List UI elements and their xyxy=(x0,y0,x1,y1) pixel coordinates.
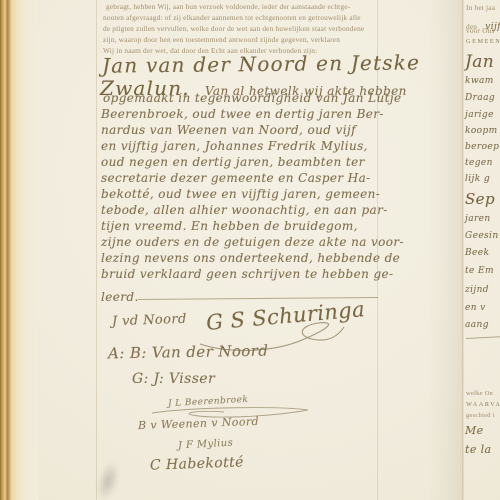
signature-witness-3: J F Mylius xyxy=(178,438,234,452)
right-fragment: Sep xyxy=(465,190,495,208)
printed-intro-line: de pligten zullen vervullen, welke door … xyxy=(103,24,364,33)
right-fragment: te la xyxy=(465,443,492,456)
book-page-edges xyxy=(0,0,38,500)
right-printed-line: GEMEENTE xyxy=(466,38,500,45)
record-body-line: bekotté, oud twee en vijftig jaren, geme… xyxy=(101,187,380,201)
page-gutter-shadow xyxy=(428,0,464,500)
right-fragment: Draag xyxy=(465,93,495,103)
register-page-scan: gebragt, hebben Wij, aan hun verzoek vol… xyxy=(0,0,500,500)
right-printed-line: welke On xyxy=(466,390,493,397)
printed-intro-line: zijn, waarop door hen een toestemmend an… xyxy=(103,35,340,44)
right-printed-line: geschied i xyxy=(466,412,495,419)
couple-names-line1: Jan van der Noord en Jetske xyxy=(102,50,420,77)
record-body-line: Beerenbroek, oud twee en dertig jaren Be… xyxy=(101,107,384,121)
record-body-line: nardus van Weenen van Noord, oud vijf xyxy=(101,123,356,137)
record-body-line: oud negen en dertig jaren, beambten ter xyxy=(101,155,365,169)
record-body-line: en vijftig jaren, Johannes Fredrik Myliu… xyxy=(101,139,368,153)
right-printed-line: WAARVAN xyxy=(466,401,500,408)
printed-intro-line: gebragt, hebben Wij, aan hun verzoek vol… xyxy=(106,2,350,11)
record-body-line: zijne ouders en de getuigen deze akte na… xyxy=(101,235,404,249)
right-page-margin-rule xyxy=(462,0,463,500)
record-body-line: lezing nevens ons onderteekend, hebbende… xyxy=(101,251,400,265)
right-fragment: Me xyxy=(465,424,484,437)
adjacent-record-column: In het jaa den vijf voor Ons GEMEENTE Ja… xyxy=(464,0,500,500)
record-body-line: opgemaakt in tegenwoordigheid van Jan Lu… xyxy=(103,91,401,105)
right-fragment: te Em xyxy=(465,266,494,276)
signature-witness-4: C Habekotté xyxy=(150,454,244,473)
signature-father: A: B: Van der Noord xyxy=(108,342,269,363)
signature-groom: J vd Noord xyxy=(112,312,187,330)
record-body-line: secretarie dezer gemeente en Casper Ha- xyxy=(101,171,371,185)
printed-intro-line: nooten afgevraagd: of zij elkander aanne… xyxy=(103,13,361,22)
record-body-line: leerd. xyxy=(101,290,139,304)
right-fragment: aang xyxy=(465,320,489,330)
right-printed-line: In het jaa xyxy=(466,3,495,12)
right-printed-line: voor Ons xyxy=(466,26,495,35)
right-fragment: koopm xyxy=(465,126,498,136)
record-body-line: tebode, allen alhier woonachtig, en aan … xyxy=(101,203,388,217)
signature-witness-2: B v Weenen v Noord xyxy=(138,415,259,432)
right-closing-rule xyxy=(466,336,500,339)
right-fragment: lijk g xyxy=(465,174,490,184)
right-fragment: tegen xyxy=(465,158,493,168)
right-fragment: Beek xyxy=(465,248,489,258)
right-name-heading: Jan xyxy=(465,52,494,72)
margin-rule-left xyxy=(96,0,97,500)
right-fragment: beroep xyxy=(465,142,499,152)
record-body-line: bruid verklaard geen schrijven te hebben… xyxy=(101,267,394,281)
right-fragment: kwam xyxy=(465,76,494,86)
record-body-line: tijen vreemd. En hebben de bruidegom, xyxy=(101,219,358,233)
signature-mother: G: J: Visser xyxy=(132,371,215,387)
right-fragment: en v xyxy=(465,303,486,313)
right-fragment: zijnd xyxy=(465,285,489,295)
margin-rule-right xyxy=(377,0,378,500)
right-fragment: Geesin xyxy=(465,231,499,241)
right-fragment: jaren xyxy=(465,214,491,224)
right-fragment: jarige xyxy=(465,110,494,120)
